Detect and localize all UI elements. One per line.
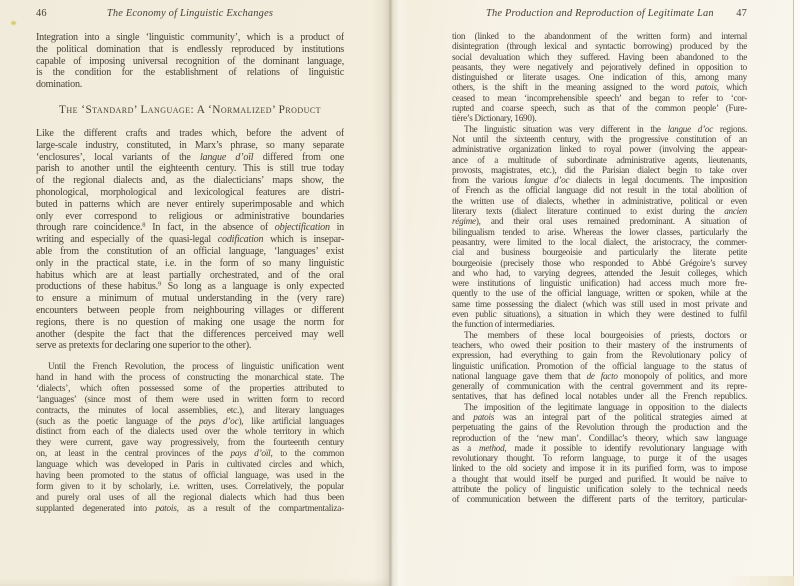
text-line: rupted and coarse speech, such as that o… (452, 103, 747, 113)
right-running-head: The Production and Reproduction of Legit… (486, 8, 713, 19)
text-line: bilingualism tended to arise. Whereas th… (452, 227, 747, 237)
right-page-body: tion (linked to the abandonment of the w… (452, 31, 747, 505)
book-spread-scan: 46 The Economy of Linguistic Exchanges T… (0, 0, 800, 586)
text-line: Until the French Revolution, the process… (36, 362, 344, 373)
text-line: from the various langue d’oc dialects in… (452, 175, 747, 185)
text-line: buted in patterns which are never entire… (36, 199, 344, 211)
text-line: able from the constitution of an officia… (36, 246, 344, 258)
text-line: Not until the sixteenth century, with th… (452, 134, 747, 144)
text-line: supplanted degenerated into patois, as a… (36, 504, 344, 515)
text-line: distinguished or literate usages. One in… (452, 72, 747, 82)
text-line: cial and business bourgeoisie and partic… (452, 247, 747, 257)
text-line: peasantry, were limited to the local dia… (452, 237, 747, 247)
text-line: disintegration (through lexical and synt… (452, 41, 747, 51)
text-line: regions, there is no question of making … (36, 317, 344, 329)
text-line: others, is the shift in the meaning assi… (452, 82, 747, 92)
text-line: the political domination that is endless… (36, 44, 344, 56)
text-line: is the condition for the establishment o… (36, 67, 344, 79)
text-line: The linguistic situation was very differ… (452, 124, 747, 134)
scan-speck-artifact (11, 21, 16, 25)
text-line: Integration into a single ‘linguistic co… (36, 32, 344, 44)
text-line: teachers, who owed their position to the… (452, 340, 747, 350)
paragraph-local-bourgeoisies: The members of these local bourgeoisies … (452, 330, 747, 402)
text-line: habitus which are at least partially orc… (36, 270, 344, 282)
text-line: linguistic unification. Promotion of the… (452, 361, 747, 371)
text-line: having been promoted to the status of of… (36, 471, 344, 482)
section-heading: The ‘Standard’ Language: A ‘Normalized’ … (36, 104, 344, 116)
text-line: same time possessing the dialect (which … (452, 299, 747, 309)
text-line: and purely oral uses of all the regional… (36, 493, 344, 504)
text-line: Like the different crafts and trades whi… (36, 128, 344, 140)
text-line: even public situations), a situation in … (452, 309, 747, 319)
text-line: (such as the poetic language of the pays… (36, 417, 344, 428)
text-line: social devaluation which they suffered. … (452, 52, 747, 62)
text-line: and who had, to varying degrees, attende… (452, 268, 747, 278)
text-line: revolutionary thought. To reform languag… (452, 453, 747, 463)
text-line: tion (linked to the abandonment of the w… (452, 31, 747, 41)
bottom-page-shadow (0, 578, 390, 586)
text-line: domination. (36, 79, 344, 91)
text-line: ‘enclosures’, local variants of the lang… (36, 152, 344, 164)
text-line: writing and especially of the quasi-lega… (36, 234, 344, 246)
text-line: productions of these habitus.9 So long a… (36, 281, 344, 293)
text-line: national language gave them that de fact… (452, 371, 747, 381)
right-page-number: 47 (713, 8, 747, 19)
text-line: the function of intermediaries. (452, 319, 747, 329)
text-line: generally of communication with the cent… (452, 381, 747, 391)
text-line: ceased to mean ‘incomprehensible speech’… (452, 93, 747, 103)
text-line: only ever correspond to religious or adm… (36, 211, 344, 223)
text-line: attribute the policy of linguistic unifi… (452, 484, 747, 494)
text-line: bourgeoisie (precisely those who respond… (452, 258, 747, 268)
text-line: quently to the use of the official langu… (452, 288, 747, 298)
text-line: serve as pretexts for declaring one supe… (36, 340, 344, 352)
text-line: ‘dialects’, which often possessed some o… (36, 384, 344, 395)
text-line: contracts, the minutes of local assembli… (36, 406, 344, 417)
text-line: hand in hand with the process of constru… (36, 373, 344, 384)
text-line: to ensure a minimum of mutual understand… (36, 293, 344, 305)
left-running-head: The Economy of Linguistic Exchanges (78, 8, 302, 19)
text-line: large-scale industry, constituted, in Ma… (36, 140, 344, 152)
left-page-number: 46 (36, 8, 78, 19)
left-page-body: Integration into a single ‘linguistic co… (36, 32, 344, 515)
text-line: peasants, they were negatively and pejor… (452, 62, 747, 72)
left-page-header: 46 The Economy of Linguistic Exchanges (36, 8, 344, 19)
page-edge-strip (794, 0, 800, 586)
text-line: reproduction of the ‘new man’. Condillac… (452, 433, 747, 443)
paragraph-imposition-legitimate-language: The imposition of the legitimate languag… (452, 402, 747, 505)
text-line: on, at least in the central provinces of… (36, 449, 344, 460)
text-line: only in the practical state, i.e. in the… (36, 258, 344, 270)
text-line: The members of these local bourgeoisies … (452, 330, 747, 340)
text-line: and patois was an integral part of the p… (452, 412, 747, 422)
text-line: ‘languages’ (since most of them were use… (36, 395, 344, 406)
intro-paragraph: Integration into a single ‘linguistic co… (36, 32, 344, 91)
text-line: tière’s Dictionary, 1690). (452, 113, 747, 123)
page-gutter-shadow (372, 0, 408, 586)
main-paragraph: Like the different crafts and trades whi… (36, 128, 344, 352)
text-line: administrative organization linked to ro… (452, 144, 747, 154)
text-line: expression, had everything to gain from … (452, 350, 747, 360)
paragraph-linguistic-situation: The linguistic situation was very differ… (452, 124, 747, 330)
text-line: encounters between people from neighbour… (36, 305, 344, 317)
text-line: sentatives, that has defined local notab… (452, 391, 747, 401)
text-line: were institutions of linguistic unificat… (452, 278, 747, 288)
text-line: phonological, morphological and lexicolo… (36, 187, 344, 199)
text-line: The imposition of the legitimate languag… (452, 402, 747, 412)
page-corner-shadow (724, 576, 794, 586)
text-line: perpetuating the gains of the Revolution… (452, 422, 747, 432)
text-line: linked to the old society and impose it … (452, 463, 747, 473)
block-quote-paragraph: Until the French Revolution, the process… (36, 362, 344, 514)
text-line: form given to it by scholarly, i.e. writ… (36, 482, 344, 493)
right-page-header: The Production and Reproduction of Legit… (452, 8, 747, 19)
text-line: as a method, made it possible to identif… (452, 443, 747, 453)
text-line: of communication between the different p… (452, 494, 747, 504)
text-line: parish to another until the eighteenth c… (36, 163, 344, 175)
text-line: capable of imposing universal recognitio… (36, 56, 344, 68)
quote-continuation-paragraph: tion (linked to the abandonment of the w… (452, 31, 747, 124)
text-line: literary texts (dialect literature conti… (452, 206, 747, 216)
text-line: the written use of dialects, whether in … (452, 196, 747, 206)
text-line: of the regional dialects and, as the dia… (36, 175, 344, 187)
text-line: language which was developed in Paris in… (36, 460, 344, 471)
text-line: distinct from each of the dialects used … (36, 427, 344, 438)
text-line: régime), and their oral uses remained pr… (452, 216, 747, 226)
text-line: provosts, magistrates, etc.), did the Pa… (452, 165, 747, 175)
text-line: of French as the official language did n… (452, 185, 747, 195)
text-line: a thought that would itself be purged an… (452, 474, 747, 484)
text-line: through rare coincidence.8 In fact, in t… (36, 222, 344, 234)
text-line: they were current, gave way progressivel… (36, 438, 344, 449)
text-line: another (despite the fact that the diffe… (36, 329, 344, 341)
text-line: ance of a multitude of subordinate admin… (452, 155, 747, 165)
